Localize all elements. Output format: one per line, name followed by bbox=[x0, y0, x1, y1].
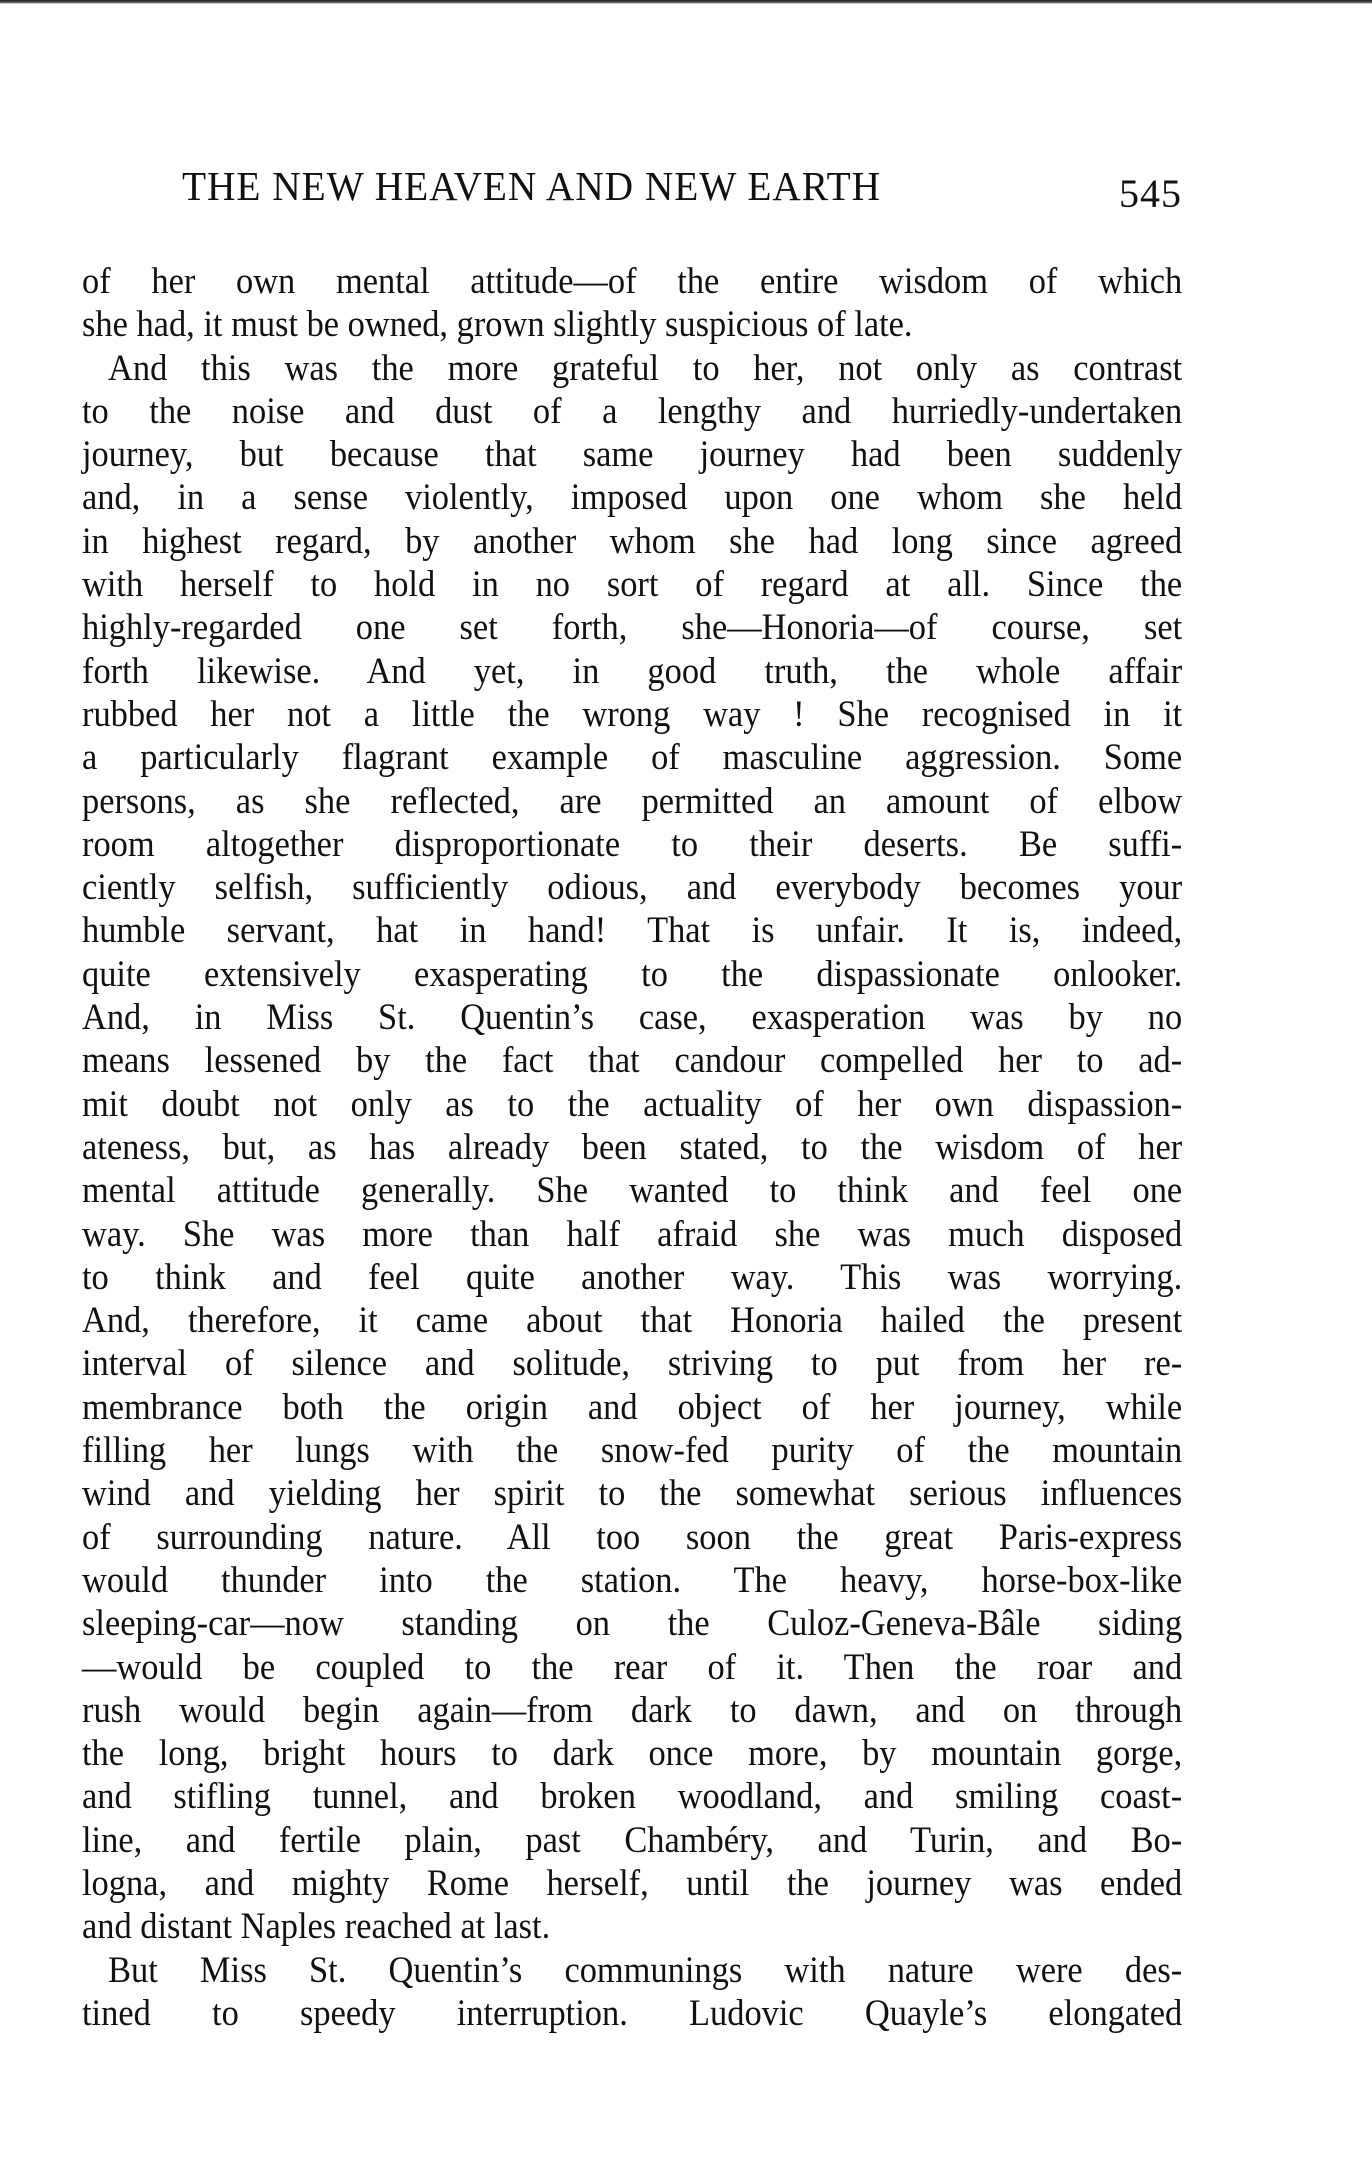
body-text: of her own mental attitude—of the entire… bbox=[82, 260, 1182, 2035]
text-line: membrance both the origin and object of … bbox=[82, 1386, 1182, 1429]
text-line: journey, but because that same journey h… bbox=[82, 433, 1182, 476]
text-line: quite extensively exasperating to the di… bbox=[82, 953, 1182, 996]
text-line: a particularly flagrant example of mascu… bbox=[82, 736, 1182, 779]
text-line: mit doubt not only as to the actuality o… bbox=[82, 1083, 1182, 1126]
running-title: THE NEW HEAVEN AND NEW EARTH bbox=[182, 162, 881, 210]
text-line: of her own mental attitude—of the entire… bbox=[82, 260, 1182, 303]
text-line: ciently selfish, sufficiently odious, an… bbox=[82, 866, 1182, 909]
text-line: and, in a sense violently, imposed upon … bbox=[82, 476, 1182, 519]
text-line: ateness, but, as has already been stated… bbox=[82, 1126, 1182, 1169]
text-line: would thunder into the station. The heav… bbox=[82, 1559, 1182, 1602]
text-line: and distant Naples reached at last. bbox=[82, 1905, 1182, 1948]
text-line: to think and feel quite another way. Thi… bbox=[82, 1256, 1182, 1299]
text-line: filling her lungs with the snow-fed puri… bbox=[82, 1429, 1182, 1472]
text-line: means lessened by the fact that candour … bbox=[82, 1039, 1182, 1082]
page-number: 545 bbox=[1119, 170, 1182, 217]
text-line: she had, it must be owned, grown slightl… bbox=[82, 303, 1182, 346]
text-line: with herself to hold in no sort of regar… bbox=[82, 563, 1182, 606]
text-line: highly-regarded one set forth, she—Honor… bbox=[82, 606, 1182, 649]
text-line: room altogether disproportionate to thei… bbox=[82, 823, 1182, 866]
scan-edge-artifact bbox=[0, 0, 1372, 4]
text-line: But Miss St. Quentin’s communings with n… bbox=[82, 1949, 1182, 1992]
text-line: in highest regard, by another whom she h… bbox=[82, 520, 1182, 563]
text-line: rush would begin again—from dark to dawn… bbox=[82, 1689, 1182, 1732]
text-line: rubbed her not a little the wrong way ! … bbox=[82, 693, 1182, 736]
text-line: the long, bright hours to dark once more… bbox=[82, 1732, 1182, 1775]
text-line: forth likewise. And yet, in good truth, … bbox=[82, 650, 1182, 693]
text-line: —would be coupled to the rear of it. The… bbox=[82, 1646, 1182, 1689]
text-line: humble servant, hat in hand! That is unf… bbox=[82, 909, 1182, 952]
text-line: And this was the more grateful to her, n… bbox=[82, 347, 1182, 390]
text-line: persons, as she reflected, are permitted… bbox=[82, 780, 1182, 823]
text-line: of surrounding nature. All too soon the … bbox=[82, 1516, 1182, 1559]
text-line: And, therefore, it came about that Honor… bbox=[82, 1299, 1182, 1342]
book-page: THE NEW HEAVEN AND NEW EARTH 545 of her … bbox=[82, 150, 1182, 2035]
text-line: way. She was more than half afraid she w… bbox=[82, 1213, 1182, 1256]
text-line: tined to speedy interruption. Ludovic Qu… bbox=[82, 1992, 1182, 2035]
running-head: THE NEW HEAVEN AND NEW EARTH 545 bbox=[82, 150, 1182, 230]
text-line: wind and yielding her spirit to the some… bbox=[82, 1472, 1182, 1515]
text-line: line, and fertile plain, past Chambéry, … bbox=[82, 1819, 1182, 1862]
text-line: logna, and mighty Rome herself, until th… bbox=[82, 1862, 1182, 1905]
text-line: sleeping-car—now standing on the Culoz-G… bbox=[82, 1602, 1182, 1645]
text-line: mental attitude generally. She wanted to… bbox=[82, 1169, 1182, 1212]
text-line: to the noise and dust of a lengthy and h… bbox=[82, 390, 1182, 433]
text-line: and stifling tunnel, and broken woodland… bbox=[82, 1775, 1182, 1818]
text-line: interval of silence and solitude, strivi… bbox=[82, 1342, 1182, 1385]
text-line: And, in Miss St. Quentin’s case, exasper… bbox=[82, 996, 1182, 1039]
